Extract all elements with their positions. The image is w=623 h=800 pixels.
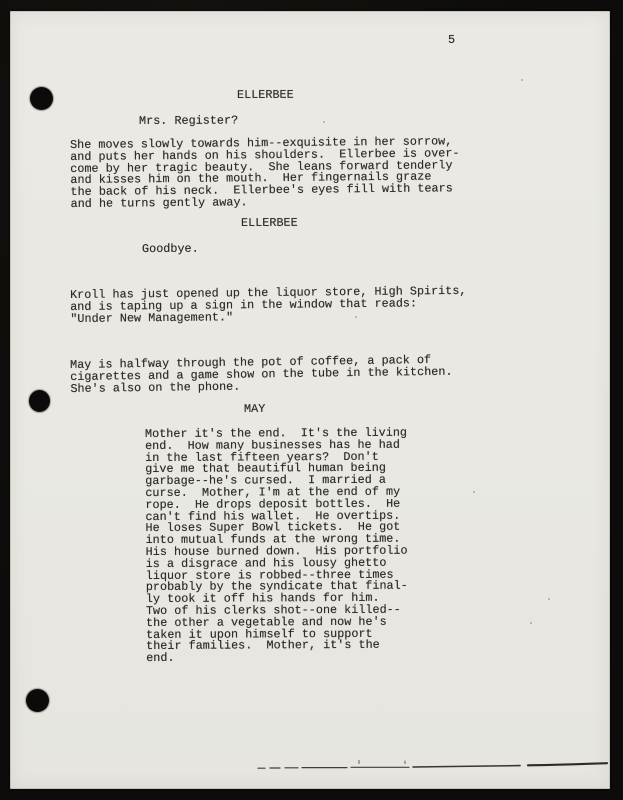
action-paragraph-2: Kroll has just opened up the liquor stor… bbox=[70, 286, 467, 326]
bottom-scratch-line bbox=[255, 756, 613, 772]
dialogue-goodbye: Goodbye. bbox=[142, 244, 199, 256]
character-cue-may: MAY bbox=[244, 404, 265, 416]
character-cue-ellerbee-1: ELLERBEE bbox=[237, 90, 294, 102]
page-number: 5 bbox=[448, 35, 455, 47]
scan-speck bbox=[323, 121, 325, 123]
scan-speck bbox=[521, 79, 523, 81]
character-cue-ellerbee-2: ELLERBEE bbox=[241, 218, 298, 230]
scan-speck bbox=[548, 598, 550, 600]
action-paragraph-3: May is halfway through the pot of coffee… bbox=[70, 355, 453, 396]
scan-speck bbox=[355, 316, 357, 318]
page-content: 5 ELLERBEE Mrs. Register? She moves slow… bbox=[0, 0, 623, 800]
scan-speck bbox=[530, 622, 532, 624]
dialogue-may-speech: Mother it's the end. It's the living end… bbox=[145, 428, 408, 665]
dialogue-mrs-register: Mrs. Register? bbox=[139, 115, 238, 127]
action-paragraph-1: She moves slowly towards him--exquisite … bbox=[70, 136, 460, 211]
scan-speck bbox=[473, 491, 475, 493]
